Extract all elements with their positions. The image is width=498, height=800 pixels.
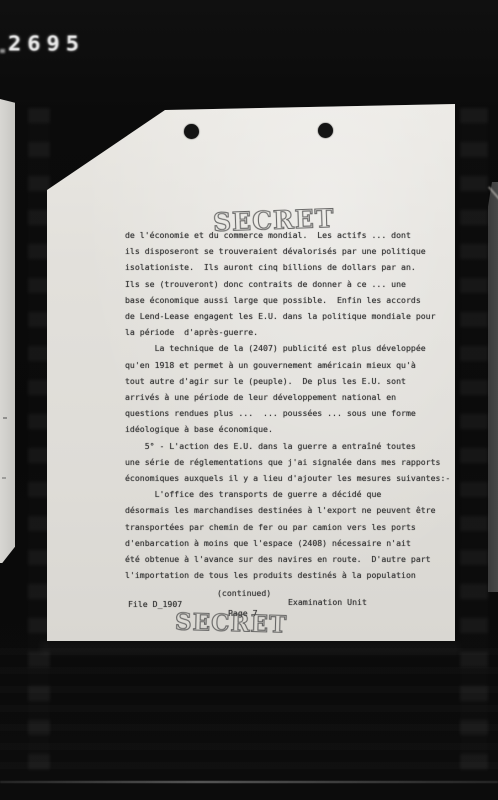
film-speck: [0, 49, 5, 53]
text-line: l'importation de tous les produits desti…: [125, 567, 450, 583]
secret-stamp-bottom: SECRET: [175, 609, 288, 639]
frame-divider-line: [0, 781, 498, 783]
microfilm-frame: 2695 SECRET de l'économie et du commerce…: [0, 0, 498, 800]
text-line: désormais les marchandises destinées à l…: [125, 502, 450, 518]
footer-unit-name: Examination Unit: [288, 597, 367, 607]
text-line: de Lend-Lease engagent les E.U. dans la …: [125, 308, 450, 324]
page-shadow-band: [40, 641, 460, 655]
text-line: qu'en 1918 et permet à un gouvernement a…: [125, 357, 450, 373]
text-line: La technique de la (2407) publicité est …: [125, 340, 450, 356]
text-line: isolationiste. Ils auront cinq billions …: [125, 259, 450, 275]
text-line: L'office des transports de guerre a déci…: [125, 486, 450, 502]
text-line: base économique aussi large que possible…: [125, 292, 450, 308]
film-texture: [0, 648, 498, 778]
footer-file-reference: File D_1907: [128, 599, 182, 609]
punch-hole: [318, 123, 333, 138]
text-line: ils disposeront se trouveraient dévalori…: [125, 243, 450, 259]
text-line: idéologique à base économique.: [125, 421, 450, 437]
text-line: tout autre d'agir sur le (peuple). De pl…: [125, 373, 450, 389]
adjacent-frame-right-sliver: [488, 182, 498, 592]
text-line: une série de réglementations que j'ai si…: [125, 454, 450, 470]
footer-continued: (continued): [217, 588, 271, 598]
frame-counter: 2695: [8, 35, 85, 55]
text-line: de l'économie et du commerce mondial. Le…: [125, 227, 450, 243]
document-page: SECRET de l'économie et du commerce mond…: [47, 104, 455, 641]
document-body: de l'économie et du commerce mondial. Le…: [125, 227, 450, 583]
text-line: Ils se (trouveront) donc contraits de do…: [125, 276, 450, 292]
text-line: la période d'après-guerre.: [125, 324, 450, 340]
text-line: questions rendues plus ... ... poussées …: [125, 405, 450, 421]
text-line: arrivés à une période de leur développem…: [125, 389, 450, 405]
text-line: 5° - L'action des E.U. dans la guerre a …: [125, 438, 450, 454]
text-line: d'enbarcation à moins que l'espace (2408…: [125, 535, 450, 551]
text-line: été obtenue à l'avance sur des navires e…: [125, 551, 450, 567]
text-line: économiques auxquels il y a lieu d'ajout…: [125, 470, 450, 486]
text-line: transportées par chemin de fer ou par ca…: [125, 519, 450, 535]
punch-hole: [184, 124, 199, 139]
adjacent-frame-left-sliver: [0, 99, 15, 563]
